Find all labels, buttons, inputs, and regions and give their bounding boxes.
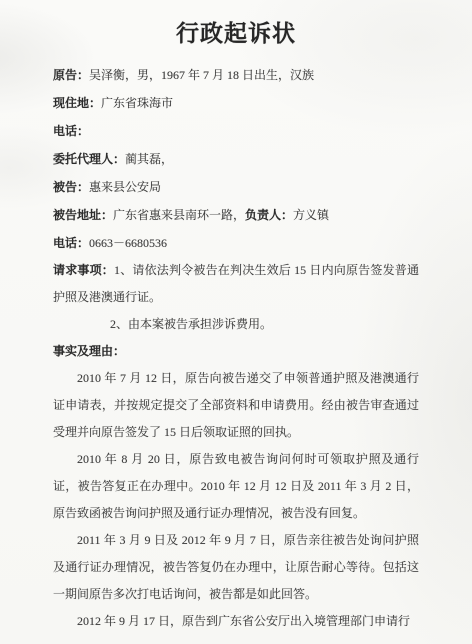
defendant-address-value: 广东省惠来县南环一路， — [113, 208, 245, 222]
fact-paragraph: 2010 年 8 月 20 日，原告致电被告询问何时可领取护照及通行证，被告答复… — [53, 446, 419, 527]
plaintiff-phone-label: 电话： — [53, 124, 89, 138]
claims-label: 请求事项： — [53, 263, 114, 277]
defendant-address-line: 被告地址：广东省惠来县南环一路，负责人：方义镇 — [53, 201, 419, 229]
defendant-line: 被告：惠来县公安局 — [53, 173, 419, 201]
defendant-label: 被告： — [53, 180, 89, 194]
plaintiff-phone-line: 电话： — [53, 117, 419, 145]
responsible-person-label: 负责人： — [245, 208, 293, 222]
defendant-value: 惠来县公安局 — [89, 180, 161, 194]
plaintiff-label: 原告： — [53, 68, 89, 82]
defendant-address-label: 被告地址： — [53, 208, 113, 222]
defendant-phone-line: 电话：0663－6680536 — [53, 229, 419, 257]
header-block: 原告：吴泽衡，男，1967 年 7 月 18 日出生，汉族 现住地：广东省珠海市… — [53, 61, 419, 257]
residence-line: 现住地：广东省珠海市 — [53, 89, 419, 117]
agent-line: 委托代理人：蔺其磊， — [53, 145, 419, 173]
plaintiff-line: 原告：吴泽衡，男，1967 年 7 月 18 日出生，汉族 — [53, 61, 419, 89]
fact-paragraph: 2012 年 9 月 17 日，原告到广东省公安厅出入境管理部门申请行 — [53, 608, 419, 635]
scanned-document-page: 行政起诉状 原告：吴泽衡，男，1967 年 7 月 18 日出生，汉族 现住地：… — [0, 0, 472, 644]
fact-paragraph: 2010 年 7 月 12 日，原告向被告递交了申领普通护照及港澳通行证申请表，… — [53, 365, 419, 446]
agent-label: 委托代理人： — [53, 152, 125, 166]
document-content: 行政起诉状 原告：吴泽衡，男，1967 年 7 月 18 日出生，汉族 现住地：… — [53, 0, 419, 635]
fact-paragraph: 2011 年 3 月 9 日及 2012 年 9 月 7 日，原告亲往被告处询问… — [53, 527, 419, 608]
agent-value: 蔺其磊， — [125, 152, 173, 166]
defendant-phone-value: 0663－6680536 — [89, 236, 167, 250]
claims-item-1: 请求事项：1、请依法判令被告在判决生效后 15 日内向原告签发普通护照及港澳通行… — [53, 257, 419, 311]
residence-label: 现住地： — [53, 96, 101, 110]
page-title: 行政起诉状 — [53, 17, 419, 50]
defendant-phone-label: 电话： — [53, 236, 89, 250]
responsible-person-value: 方义镇 — [293, 208, 329, 222]
plaintiff-value: 吴泽衡，男，1967 年 7 月 18 日出生，汉族 — [89, 68, 314, 82]
facts-heading: 事实及理由： — [53, 338, 419, 365]
claims-item-2: 2、由本案被告承担涉诉费用。 — [53, 311, 419, 338]
residence-value: 广东省珠海市 — [101, 96, 173, 110]
